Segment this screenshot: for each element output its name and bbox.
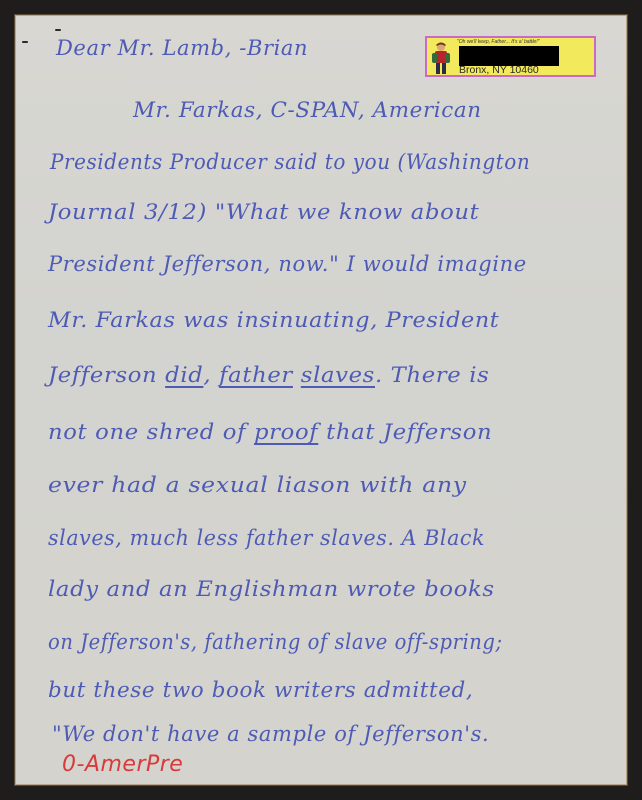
label-city-line: Bronx, NY 10460 xyxy=(459,64,539,76)
letter-line-3: Presidents Producer said to you (Washing… xyxy=(50,150,530,174)
line8-text-c: that Jefferson xyxy=(318,420,492,444)
letter-line-8: not one shred of proof that Jefferson xyxy=(48,420,492,444)
letter-line-5: President Jefferson, now." I would imagi… xyxy=(48,252,527,276)
redacted-name-block xyxy=(459,46,559,66)
label-caption: "Oh we'll keep, Father... It's a' battle… xyxy=(457,39,539,45)
cartoon-figure-icon xyxy=(429,41,453,75)
letter-line-2: Mr. Farkas, C-SPAN, American xyxy=(133,98,482,122)
underlined-proof: proof xyxy=(254,420,318,444)
underlined-slaves: slaves xyxy=(301,363,375,387)
paper-speck xyxy=(55,29,61,31)
scanned-document: "Oh we'll keep, Father... It's a' battle… xyxy=(0,0,642,800)
letter-line-6: Mr. Farkas was insinuating, President xyxy=(48,308,499,332)
salutation-line: Dear Mr. Lamb, -Brian xyxy=(56,36,308,60)
letter-paper xyxy=(15,15,627,785)
letter-line-9: ever had a sexual liason with any xyxy=(48,473,467,497)
letter-line-7: Jefferson did, father slaves. There is xyxy=(48,363,489,387)
underlined-did: did xyxy=(165,363,203,387)
line8-text-a: not one shred of xyxy=(48,420,254,444)
underlined-father: father xyxy=(219,363,293,387)
line7-text-c: , xyxy=(203,363,219,387)
red-archive-annotation: 0-AmerPre xyxy=(62,752,183,777)
letter-line-12: on Jefferson's, fathering of slave off-s… xyxy=(48,630,503,654)
line7-text-e xyxy=(293,363,301,387)
letter-line-13: but these two book writers admitted, xyxy=(48,678,473,702)
letter-line-4: Journal 3/12) "What we know about xyxy=(48,200,479,224)
letter-line-10: slaves, much less father slaves. A Black xyxy=(48,526,485,550)
return-address-label: "Oh we'll keep, Father... It's a' battle… xyxy=(425,36,596,77)
letter-line-11: lady and an Englishman wrote books xyxy=(48,577,495,601)
letter-line-14: "We don't have a sample of Jefferson's. xyxy=(52,722,489,746)
paper-speck xyxy=(22,41,28,43)
line7-text-a: Jefferson xyxy=(48,363,165,387)
line7-text-g: . There is xyxy=(375,363,489,387)
